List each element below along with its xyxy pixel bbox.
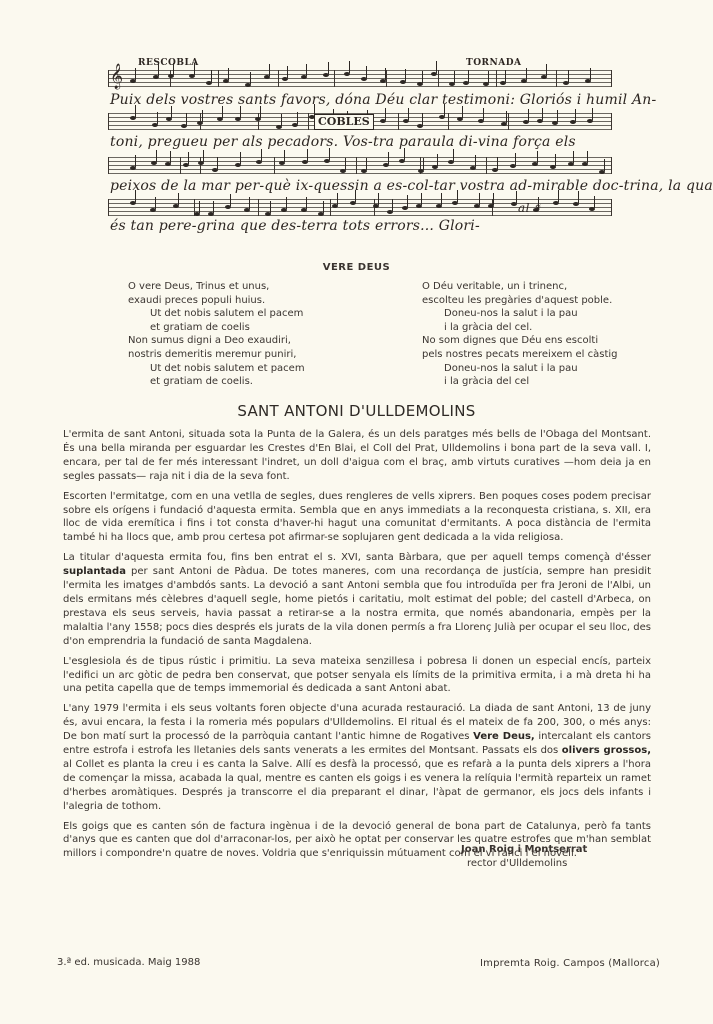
author-name: Joan Roig i Montserrat bbox=[461, 843, 587, 857]
rescobla-mark: RESCOBLA bbox=[138, 58, 199, 68]
verse-line: i la gràcia del cel bbox=[422, 375, 618, 389]
edition-note: 3.ª ed. musicada. Maig 1988 bbox=[57, 957, 200, 968]
verse-line: O vere Deus, Trinus et unus, bbox=[128, 280, 305, 294]
verse-line: nostris demeritis meremur puniri, bbox=[128, 348, 305, 362]
verse-line: escolteu les pregàries d'aquest poble. bbox=[422, 294, 618, 308]
staff-1: 𝄞 bbox=[108, 70, 612, 90]
verse-line: i la gràcia del cel. bbox=[422, 321, 618, 335]
verse-line: et gratiam de coelis bbox=[128, 321, 305, 335]
al-segno-mark: al 𝄋 bbox=[518, 201, 540, 216]
verse-line: Ut det nobis salutem el pacem bbox=[128, 307, 305, 321]
verse-line: pels nostres pecats mereixem el càstig bbox=[422, 348, 618, 362]
staff-3 bbox=[108, 157, 612, 177]
verse-line: Ut det nobis salutem et pacem bbox=[128, 362, 305, 376]
article-paragraph: L'ermita de sant Antoni, situada sota la… bbox=[63, 428, 651, 484]
hymn-catalan-verses: O Déu veritable, un i trinenc,escolteu l… bbox=[422, 280, 618, 389]
printer-note: Impremta Roig. Campos (Mallorca) bbox=[480, 958, 660, 969]
article-title: SANT ANTONI D'ULLDEMOLINS bbox=[0, 402, 713, 420]
cobles-mark: COBLES bbox=[314, 114, 374, 130]
lyrics-line-3: peixos de la mar per-què ix-quessin a es… bbox=[110, 178, 713, 194]
tornada-mark: TORNADA bbox=[466, 58, 522, 68]
author-role: rector d'Ulldemolins bbox=[461, 857, 587, 871]
verse-line: O Déu veritable, un i trinenc, bbox=[422, 280, 618, 294]
verse-line: Doneu-nos la salut i la pau bbox=[422, 307, 618, 321]
hymn-latin-verses: O vere Deus, Trinus et unus,exaudi prece… bbox=[128, 280, 305, 389]
article-paragraph: La titular d'aquesta ermita fou, fins be… bbox=[63, 551, 651, 648]
treble-clef-icon: 𝄞 bbox=[110, 67, 123, 87]
verse-line: et gratiam de coelis. bbox=[128, 375, 305, 389]
verse-line: Doneu-nos la salut i la pau bbox=[422, 362, 618, 376]
article-paragraph: Escorten l'ermitatge, com en una vetlla … bbox=[63, 490, 651, 546]
lyrics-line-4: és tan pere-grina que des-terra tots err… bbox=[110, 218, 480, 234]
lyrics-line-1: Puix dels vostres sants favors, dóna Déu… bbox=[110, 92, 656, 108]
hymn-title: VERE DEUS bbox=[0, 262, 713, 273]
article-paragraph: L'any 1979 l'ermita i els seus voltants … bbox=[63, 702, 651, 813]
verse-line: exaudi preces populi huius. bbox=[128, 294, 305, 308]
signature: Joan Roig i Montserrat rector d'Ulldemol… bbox=[461, 843, 587, 871]
lyrics-line-2: toni, pregueu per als pecadors. Vos-tra … bbox=[110, 134, 576, 150]
document-page: RESCOBLA TORNADA 𝄞 Puix dels vostres san… bbox=[0, 0, 713, 1024]
article-paragraph: L'esglesiola és de tipus rústic i primit… bbox=[63, 655, 651, 697]
verse-line: Non sumus digni a Deo exaudiri, bbox=[128, 334, 305, 348]
verse-line: No som dignes que Déu ens escolti bbox=[422, 334, 618, 348]
article-body: L'ermita de sant Antoni, situada sota la… bbox=[63, 428, 651, 867]
music-score: RESCOBLA TORNADA 𝄞 Puix dels vostres san… bbox=[108, 58, 612, 238]
